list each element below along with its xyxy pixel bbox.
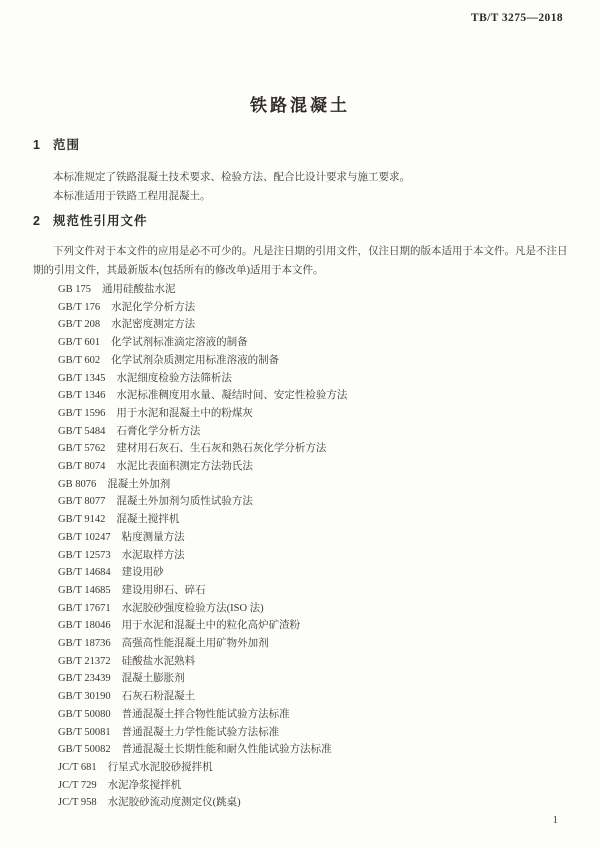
reference-item: GB/T 21372硅酸盐水泥熟料 [58,653,570,671]
reference-code: GB/T 8077 [58,496,105,507]
reference-code: GB/T 9142 [58,514,105,525]
reference-item: GB/T 23439混凝土膨胀剂 [58,670,570,688]
reference-item: GB/T 176水泥化学分析方法 [58,299,570,317]
scope-paragraph: 本标准适用于铁路工程用混凝土。 [33,187,570,206]
reference-item: GB/T 1345水泥细度检验方法筛析法 [58,370,570,388]
reference-item: GB/T 50082普通混凝土长期性能和耐久性能试验方法标准 [58,741,570,759]
section-scope: 1 范围 本标准规定了铁路混凝土技术要求、检验方法、配合比设计要求与施工要求。 … [33,139,570,206]
reference-code: GB/T 17671 [58,603,111,614]
reference-title: 普通混凝土拌合物性能试验方法标准 [122,709,290,720]
reference-title: 建设用砂 [122,567,164,578]
document-title: 铁路混凝土 [0,91,600,116]
reference-item: GB/T 9142混凝土搅拌机 [58,511,570,529]
reference-title: 混凝土膨胀剂 [122,673,185,684]
reference-title: 混凝土搅拌机 [116,514,179,525]
references-intro-paragraph: 下列文件对于本文件的应用是必不可少的。凡是注日期的引用文件，仅注日期的版本适用于… [33,243,570,280]
reference-title: 水泥净浆搅拌机 [108,780,182,791]
reference-code: JC/T 958 [58,797,97,808]
section-heading-text: 范围 [53,139,80,152]
reference-title: 水泥密度测定方法 [111,319,195,330]
reference-code: GB/T 50081 [58,727,111,738]
reference-code: GB/T 1346 [58,390,105,401]
reference-code: GB 8076 [58,479,96,490]
reference-title: 石灰石粉混凝土 [122,691,196,702]
reference-title: 粘度测量方法 [122,532,185,543]
reference-item: GB/T 14685建设用卵石、碎石 [58,582,570,600]
reference-title: 用于水泥和混凝土中的粉煤灰 [116,408,253,419]
reference-code: GB/T 176 [58,302,100,313]
reference-title: 通用硅酸盐水泥 [102,284,176,295]
section-normative-references: 2 规范性引用文件 下列文件对于本文件的应用是必不可少的。凡是注日期的引用文件，… [33,215,570,812]
section-number: 1 [33,139,53,152]
reference-title: 水泥胶砂流动度测定仪(跳桌) [108,797,241,808]
reference-code: GB/T 601 [58,337,100,348]
document-page: TB/T 3275—2018 铁路混凝土 1 范围 本标准规定了铁路混凝土技术要… [0,0,600,848]
reference-item: GB/T 1596用于水泥和混凝土中的粉煤灰 [58,405,570,423]
reference-code: GB/T 12573 [58,550,111,561]
reference-code: GB/T 21372 [58,656,111,667]
reference-code: GB/T 602 [58,355,100,366]
reference-title: 水泥比表面积测定方法勃氏法 [116,461,253,472]
reference-item: GB/T 5762建材用石灰石、生石灰和熟石灰化学分析方法 [58,440,570,458]
reference-code: GB/T 5484 [58,426,105,437]
reference-title: 用于水泥和混凝土中的粒化高炉矿渣粉 [122,620,301,631]
reference-code: GB/T 30190 [58,691,111,702]
reference-title: 石膏化学分析方法 [116,426,200,437]
reference-title: 建设用卵石、碎石 [122,585,206,596]
reference-item: GB/T 50080普通混凝土拌合物性能试验方法标准 [58,706,570,724]
section-number: 2 [33,215,53,228]
reference-title: 化学试剂杂质测定用标准溶液的制备 [111,355,279,366]
document-body: 1 范围 本标准规定了铁路混凝土技术要求、检验方法、配合比设计要求与施工要求。 … [33,139,570,812]
reference-title: 水泥取样方法 [122,550,185,561]
reference-item: GB/T 10247粘度测量方法 [58,529,570,547]
reference-title: 高强高性能混凝土用矿物外加剂 [122,638,269,649]
reference-item: GB/T 17671水泥胶砂强度检验方法(ISO 法) [58,600,570,618]
reference-code: JC/T 729 [58,780,97,791]
reference-item: GB/T 208水泥密度测定方法 [58,316,570,334]
reference-code: GB/T 8074 [58,461,105,472]
reference-title: 水泥化学分析方法 [111,302,195,313]
reference-item: GB 8076混凝土外加剂 [58,476,570,494]
reference-title: 水泥胶砂强度检验方法(ISO 法) [122,603,264,614]
reference-item: GB/T 8074水泥比表面积测定方法勃氏法 [58,458,570,476]
standard-number: TB/T 3275—2018 [471,12,563,24]
reference-title: 硅酸盐水泥熟料 [122,656,196,667]
reference-code: GB/T 14685 [58,585,111,596]
reference-code: GB/T 23439 [58,673,111,684]
reference-list: GB 175通用硅酸盐水泥GB/T 176水泥化学分析方法GB/T 208水泥密… [33,281,570,812]
reference-code: GB 175 [58,284,91,295]
reference-item: GB/T 602化学试剂杂质测定用标准溶液的制备 [58,352,570,370]
reference-title: 水泥细度检验方法筛析法 [116,373,232,384]
reference-item: JC/T 681行星式水泥胶砂搅拌机 [58,759,570,777]
reference-code: JC/T 681 [58,762,97,773]
section-scope-heading: 1 范围 [33,139,570,152]
reference-code: GB/T 1596 [58,408,105,419]
reference-item: GB/T 50081普通混凝土力学性能试验方法标准 [58,724,570,742]
page-number: 1 [553,814,559,826]
reference-code: GB/T 50080 [58,709,111,720]
section-references-heading: 2 规范性引用文件 [33,215,570,228]
reference-code: GB/T 18736 [58,638,111,649]
reference-item: GB/T 1346水泥标准稠度用水量、凝结时间、安定性检验方法 [58,387,570,405]
reference-title: 普通混凝土长期性能和耐久性能试验方法标准 [122,744,332,755]
reference-item: GB/T 30190石灰石粉混凝土 [58,688,570,706]
reference-code: GB/T 1345 [58,373,105,384]
reference-code: GB/T 50082 [58,744,111,755]
reference-item: GB/T 5484石膏化学分析方法 [58,423,570,441]
reference-title: 化学试剂标准滴定溶液的制备 [111,337,248,348]
reference-item: GB/T 8077混凝土外加剂匀质性试验方法 [58,493,570,511]
reference-item: JC/T 958水泥胶砂流动度测定仪(跳桌) [58,794,570,812]
reference-item: GB/T 18736高强高性能混凝土用矿物外加剂 [58,635,570,653]
reference-code: GB/T 5762 [58,443,105,454]
reference-item: GB/T 601化学试剂标准滴定溶液的制备 [58,334,570,352]
section-heading-text: 规范性引用文件 [53,215,148,228]
reference-title: 行星式水泥胶砂搅拌机 [108,762,213,773]
reference-item: GB/T 14684建设用砂 [58,564,570,582]
reference-title: 混凝土外加剂匀质性试验方法 [116,496,253,507]
reference-title: 建材用石灰石、生石灰和熟石灰化学分析方法 [116,443,326,454]
reference-title: 普通混凝土力学性能试验方法标准 [122,727,280,738]
reference-code: GB/T 10247 [58,532,111,543]
reference-item: GB/T 18046用于水泥和混凝土中的粒化高炉矿渣粉 [58,617,570,635]
reference-code: GB/T 208 [58,319,100,330]
reference-title: 水泥标准稠度用水量、凝结时间、安定性检验方法 [116,390,347,401]
reference-code: GB/T 14684 [58,567,111,578]
reference-item: GB 175通用硅酸盐水泥 [58,281,570,299]
scope-paragraph: 本标准规定了铁路混凝土技术要求、检验方法、配合比设计要求与施工要求。 [33,168,570,187]
reference-title: 混凝土外加剂 [107,479,170,490]
reference-item: JC/T 729水泥净浆搅拌机 [58,777,570,795]
reference-item: GB/T 12573水泥取样方法 [58,547,570,565]
reference-code: GB/T 18046 [58,620,111,631]
